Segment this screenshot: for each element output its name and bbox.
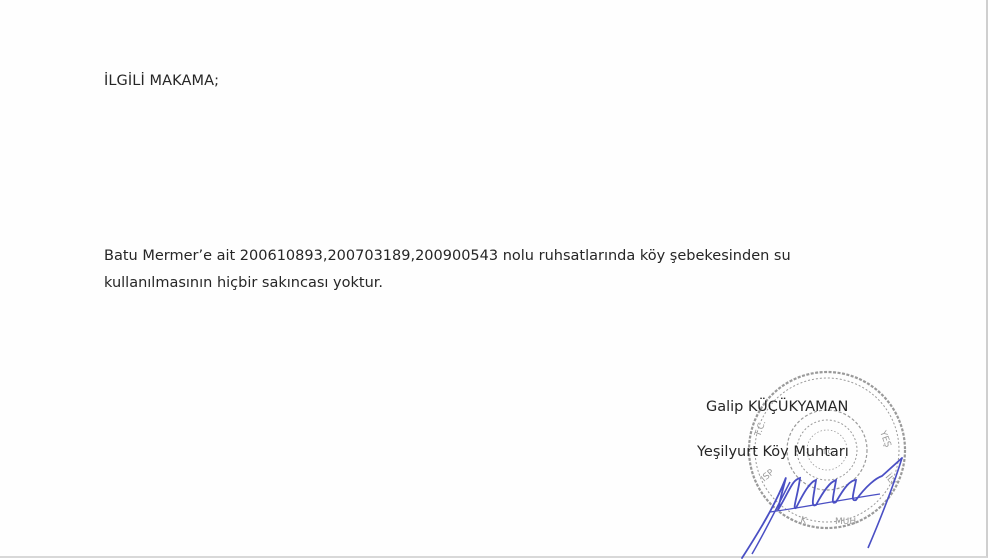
signer-name: Galip KÜÇÜKYAMAN [706, 399, 848, 415]
letter-body: Batu Mermer’e ait 200610893,200703189,20… [104, 243, 844, 297]
salutation: İLGİLİ MAKAMA; [104, 73, 219, 89]
body-line: Batu Mermer’e ait 200610893,200703189,20… [104, 243, 844, 270]
body-line: kullanılmasının hiçbir sakıncası yoktur. [104, 270, 844, 297]
svg-text:YEŞ: YEŞ [877, 429, 893, 450]
svg-text:T.C.: T.C. [753, 419, 768, 439]
signature-icon [730, 450, 915, 560]
document-page: İLGİLİ MAKAMA; Batu Mermer’e ait 2006108… [0, 0, 988, 558]
